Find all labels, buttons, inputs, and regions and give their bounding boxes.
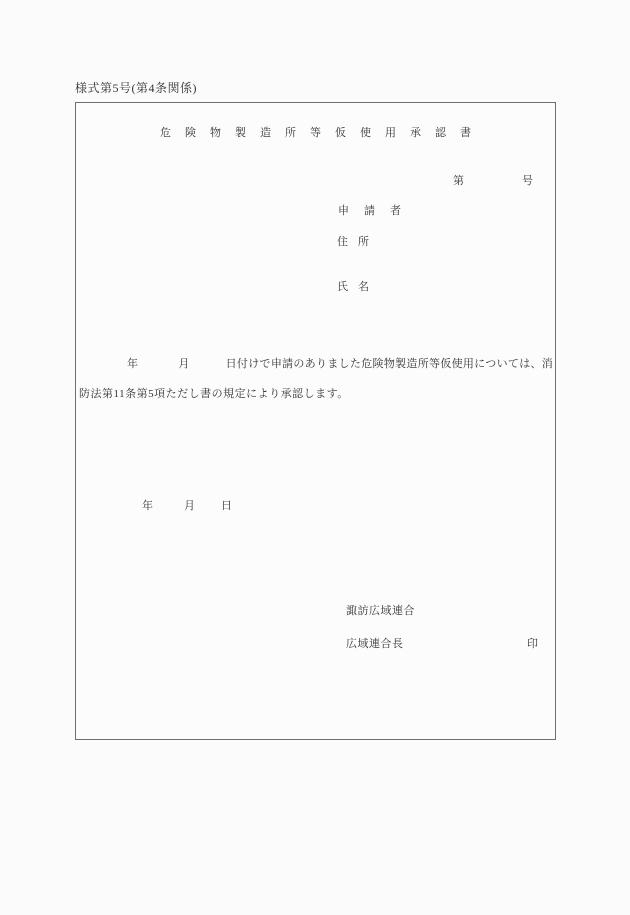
- paragraph-line1-text: 日付けで申請のありました危険物製造所等仮使用については、消: [226, 358, 553, 370]
- date-year-blank: [153, 508, 184, 509]
- approval-paragraph-line2: 防法第11条第5項ただし書の規定により承認します。: [79, 388, 349, 401]
- address-label: 住所: [337, 236, 379, 249]
- issue-date-line: 年月日: [78, 500, 232, 513]
- applicant-label: 申請者: [338, 205, 416, 218]
- paragraph-indent-blank: [78, 366, 127, 367]
- doc-number-prefix: 第: [453, 175, 464, 187]
- seal-mark: 印: [527, 638, 538, 651]
- month-day-blank: [190, 366, 226, 367]
- issuer-title-line: 広域連合長 印: [346, 638, 546, 651]
- month-label: 月: [178, 358, 189, 370]
- date-month-blank: [195, 508, 221, 509]
- doc-number-suffix: 号: [522, 175, 533, 187]
- form-number-label: 様式第5号(第4条関係): [75, 81, 197, 95]
- doc-number-blank: [464, 183, 522, 184]
- approval-paragraph-line1: 年月日付けで申請のありました危険物製造所等仮使用については、消: [78, 358, 553, 371]
- date-day-label: 日: [221, 500, 232, 512]
- document-title: 危険物製造所等仮使用承認書: [76, 127, 555, 140]
- issuer-organization: 諏訪広域連合: [346, 605, 415, 618]
- document-box: 危険物製造所等仮使用承認書 第号 申請者 住所 氏名 年月日付けで申請のありまし…: [75, 102, 556, 740]
- year-label: 年: [127, 358, 138, 370]
- issuer-title: 広域連合長: [346, 638, 404, 650]
- name-label: 氏名: [337, 281, 379, 294]
- year-month-blank: [138, 366, 178, 367]
- document-page: { "page": { "form_label": "様式第5号(第4条関係)"…: [0, 0, 630, 915]
- doc-number-line: 第号: [453, 175, 533, 188]
- date-month-label: 月: [184, 500, 195, 512]
- date-indent-blank: [78, 508, 142, 509]
- date-year-label: 年: [142, 500, 153, 512]
